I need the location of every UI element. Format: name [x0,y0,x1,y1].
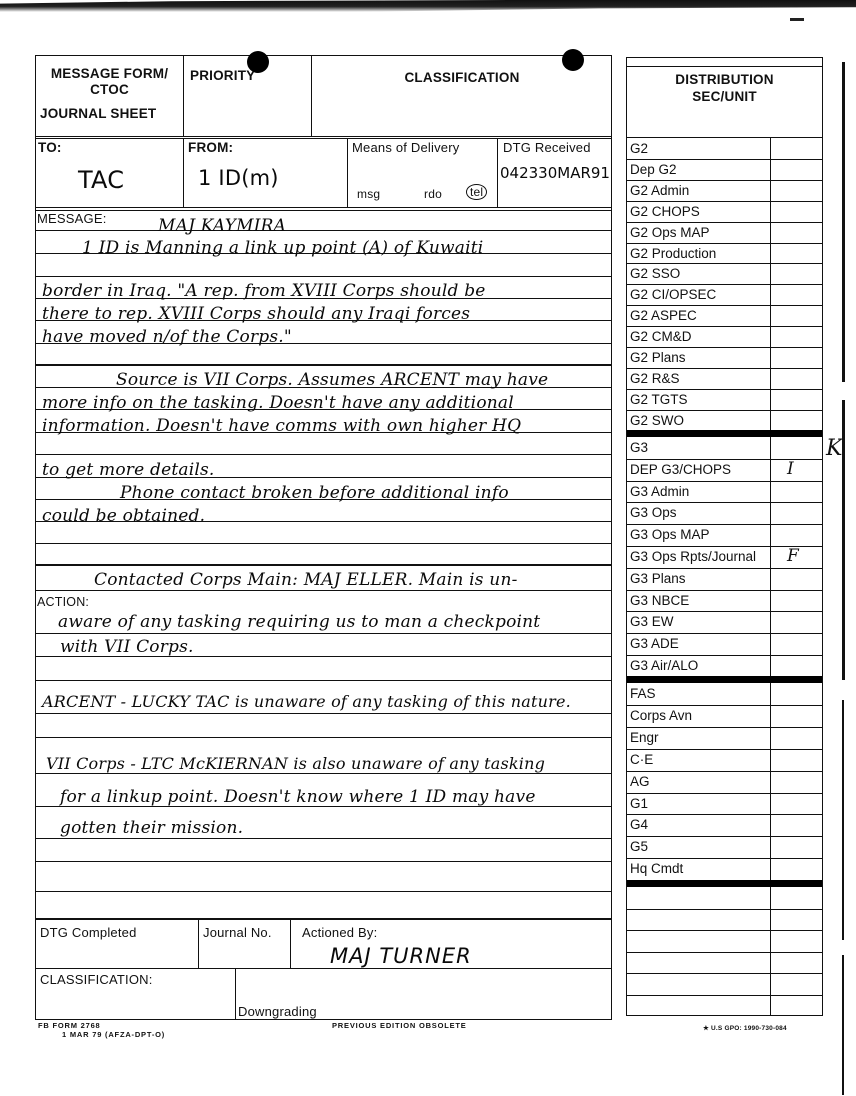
action-line: gotten their mission. [60,818,243,838]
ruled-line [35,861,612,862]
action-line: with VII Corps. [60,637,194,657]
dtg-completed-field[interactable] [36,942,196,966]
message-line: 1 ID is Manning a link up point (A) of K… [82,238,483,258]
divider [35,136,612,137]
ruled-line [35,713,612,714]
distribution-row-label: G4 [630,817,648,832]
distribution-row[interactable]: G2 TGTS [627,389,822,410]
distribution-row-label: G3 Plans [630,571,686,586]
distribution-row[interactable]: G2 Ops MAP [627,222,822,243]
distribution-row-label: G3 Ops Rpts/Journal [630,549,756,564]
journal-no-label: Journal No. [203,925,272,940]
distribution-row-label: G2 Production [630,246,716,261]
ruled-line [35,454,612,455]
scan-speck [790,18,804,21]
distribution-row[interactable]: G2 Admin [627,180,822,201]
distribution-row-label: DEP G3/CHOPS [630,462,731,477]
delivery-option-rdo[interactable]: rdo [424,187,442,201]
message-line: there to rep. XVIII Corps should any Ira… [42,304,470,324]
distribution-row[interactable]: G2 Production [627,243,822,264]
ruled-line [35,773,612,774]
distribution-row-label: C·E [630,752,653,767]
dtg-received-value[interactable]: 042330MAR91 [500,164,610,182]
distribution-row[interactable]: G2 CI/OPSEC [627,284,822,305]
dtg-received-label: DTG Received [503,140,591,155]
distribution-row-label: G2 CHOPS [630,204,700,219]
ruled-line [35,918,612,920]
form-title-line: JOURNAL SHEET [40,106,156,121]
group-separator [627,430,822,437]
distribution-row-mark[interactable]: F [787,546,799,566]
actioned-by-label: Actioned By: [302,925,377,940]
priority-field[interactable] [184,84,310,134]
ruled-line [35,891,612,892]
binder-hole [562,49,584,71]
previous-edition-note: PREVIOUS EDITION OBSOLETE [332,1021,467,1030]
margin-initial: K [826,436,842,461]
form-title: MESSAGE FORM/ CTOC [36,66,183,97]
to-value[interactable]: TAC [78,166,124,194]
distribution-row[interactable]: Hq Cmdt [627,858,822,880]
selected-circle: tel [466,184,487,200]
action-line: for a linkup point. Doesn't know where 1… [60,787,536,807]
distribution-row-label: Corps Avn [630,708,692,723]
from-label: FROM: [188,140,233,155]
distribution-row[interactable]: Engr [627,727,822,749]
distribution-row[interactable]: G2 [627,138,822,159]
distribution-row[interactable]: G3 Ops [627,502,822,524]
ruled-line [35,633,612,634]
ruled-line [35,276,612,277]
message-line: border in Iraq. "A rep. from XVIII Corps… [42,281,486,301]
message-line: MAJ KAYMIRA [158,216,286,236]
message-line: to get more details. [42,460,215,480]
action-line: ARCENT - LUCKY TAC is unaware of any tas… [42,692,571,711]
group-separator [627,676,822,683]
distribution-row-label: G3 NBCE [630,593,689,608]
action-line: aware of any tasking requiring us to man… [58,612,540,632]
gpo-note: ★ U.S GPO: 1990-730-084 [703,1024,787,1032]
distribution-row[interactable]: G4 [627,814,822,836]
distribution-row-label: G2 [630,141,648,156]
distribution-row-label: G2 CM&D [630,329,692,344]
message-line: could be obtained. [42,506,205,526]
journal-form [35,55,612,1020]
distribution-row[interactable]: G2 SSO [627,263,822,284]
distribution-row-label: G5 [630,839,648,854]
distribution-row[interactable] [627,930,822,952]
divider [626,66,823,67]
distribution-row-label: G2 SWO [630,413,684,428]
ruled-line [35,230,612,231]
distribution-header: DISTRIBUTION SEC/UNIT [626,72,823,104]
distribution-row[interactable]: FAS [627,683,822,705]
form-date: 1 MAR 79 (AFZA-DPT-O) [62,1030,165,1039]
action-label: ACTION: [37,595,89,609]
ruled-line [35,564,612,566]
scan-edge-artifact [0,0,856,12]
ruled-line [35,364,612,366]
divider [235,968,236,1020]
distribution-row[interactable] [627,973,822,995]
distribution-row-label: Dep G2 [630,162,677,177]
message-line: Source is VII Corps. Assumes ARCENT may … [116,370,548,390]
distribution-row-label: G2 ASPEC [630,308,697,323]
message-line: Phone contact broken before additional i… [120,483,509,503]
ruled-line [35,590,612,591]
distribution-header-line: DISTRIBUTION [626,72,823,87]
distribution-row-label: G3 Air/ALO [630,658,698,673]
downgrading-label: Downgrading [238,1004,317,1019]
distribution-row-label: G2 Plans [630,350,686,365]
ruled-line [35,543,612,544]
distribution-row[interactable]: G3 EW [627,611,822,633]
distribution-row[interactable]: C·E [627,749,822,771]
distribution-row[interactable]: G3 NBCE [627,590,822,612]
page-edge [842,400,845,680]
distribution-row[interactable]: G2 SWO [627,410,822,431]
divider [347,138,348,208]
priority-label: PRIORITY [190,68,255,83]
page-edge [842,62,845,382]
distribution-row-label: G2 CI/OPSEC [630,287,716,302]
action-line: VII Corps - LTC McKIERNAN is also unawar… [46,754,545,773]
classification-bottom-field[interactable] [36,990,232,1018]
distribution-row-label: G3 [630,440,648,455]
ruled-line [35,680,612,681]
delivery-option-tel[interactable]: tel [466,184,487,200]
distribution-row[interactable]: G3 Air/ALO [627,655,822,677]
distribution-row-label: G3 Ops [630,505,677,520]
binder-hole [247,51,269,73]
distribution-row[interactable]: Dep G2 [627,159,822,180]
distribution-row-label: G2 Ops MAP [630,225,710,240]
distribution-row[interactable]: G3 Admin [627,481,822,503]
form-number: FB FORM 2768 [38,1021,101,1030]
distribution-row[interactable] [627,887,822,909]
divider [35,968,612,969]
distribution-row[interactable] [627,952,822,974]
distribution-row[interactable]: AG [627,771,822,793]
distribution-row-label: G2 Admin [630,183,689,198]
from-value[interactable]: 1 ID(m) [198,166,279,190]
message-label: MESSAGE: [37,211,107,226]
classification-field[interactable] [312,88,610,134]
distribution-row[interactable]: G2 CHOPS [627,201,822,222]
to-label: TO: [38,140,62,155]
distribution-row-label: AG [630,774,650,789]
distribution-row-label: G2 TGTS [630,392,688,407]
distribution-row-label: G1 [630,796,648,811]
ruled-line [35,838,612,839]
group-separator [627,880,822,887]
message-line: information. Doesn't have comms with own… [42,416,521,436]
distribution-row[interactable]: G3 [627,437,822,459]
distribution-row-label: G3 Admin [630,484,689,499]
distribution-row[interactable]: G3 Ops MAP [627,524,822,546]
message-line: have moved n/of the Corps." [42,327,292,347]
distribution-row-label: G3 EW [630,614,674,629]
divider [183,138,184,208]
classification-bottom-label: CLASSIFICATION: [40,972,153,987]
distribution-row[interactable]: G3 ADE [627,633,822,655]
distribution-row[interactable]: DEP G3/CHOPSI [627,459,822,481]
distribution-header-line: SEC/UNIT [626,89,823,104]
distribution-row-label: G3 ADE [630,636,679,651]
actioned-by-value[interactable]: MAJ TURNER [330,944,472,968]
divider [35,210,612,211]
form-title-line: MESSAGE FORM/ [36,66,183,81]
distribution-row[interactable]: G2 R&S [627,368,822,389]
page-edge [842,700,844,940]
divider [497,138,498,208]
distribution-row[interactable]: Corps Avn [627,705,822,727]
page-edge [842,955,844,1095]
message-line: more info on the tasking. Doesn't have a… [42,393,514,413]
distribution-row-label: FAS [630,686,656,701]
action-line: Contacted Corps Main: MAJ ELLER. Main is… [94,570,518,590]
distribution-row[interactable]: G3 Plans [627,568,822,590]
divider [35,207,612,208]
distribution-row[interactable]: G2 ASPEC [627,305,822,326]
divider [198,918,199,968]
distribution-row-label: Engr [630,730,659,745]
distribution-row-label: G3 Ops MAP [630,527,710,542]
classification-label: CLASSIFICATION [312,70,612,85]
delivery-option-msg[interactable]: msg [357,187,380,201]
distribution-row-label: G2 SSO [630,266,680,281]
divider [35,138,612,139]
distribution-row[interactable]: G1 [627,793,822,815]
distribution-row[interactable] [627,909,822,931]
delivery-label: Means of Delivery [352,140,459,155]
dtg-completed-label: DTG Completed [40,925,137,940]
journal-no-field[interactable] [200,942,288,966]
distribution-row-label: Hq Cmdt [630,861,683,876]
divider [290,918,291,968]
distribution-row[interactable]: G3 Ops Rpts/JournalF [627,546,822,568]
ruled-line [35,737,612,738]
distribution-row-label: G2 R&S [630,371,680,386]
distribution-row[interactable] [627,995,822,1017]
distribution-row-mark[interactable]: I [787,459,794,479]
distribution-row[interactable]: G2 Plans [627,347,822,368]
form-title-line: CTOC [36,82,183,97]
distribution-row[interactable]: G2 CM&D [627,326,822,347]
distribution-row[interactable]: G5 [627,836,822,858]
